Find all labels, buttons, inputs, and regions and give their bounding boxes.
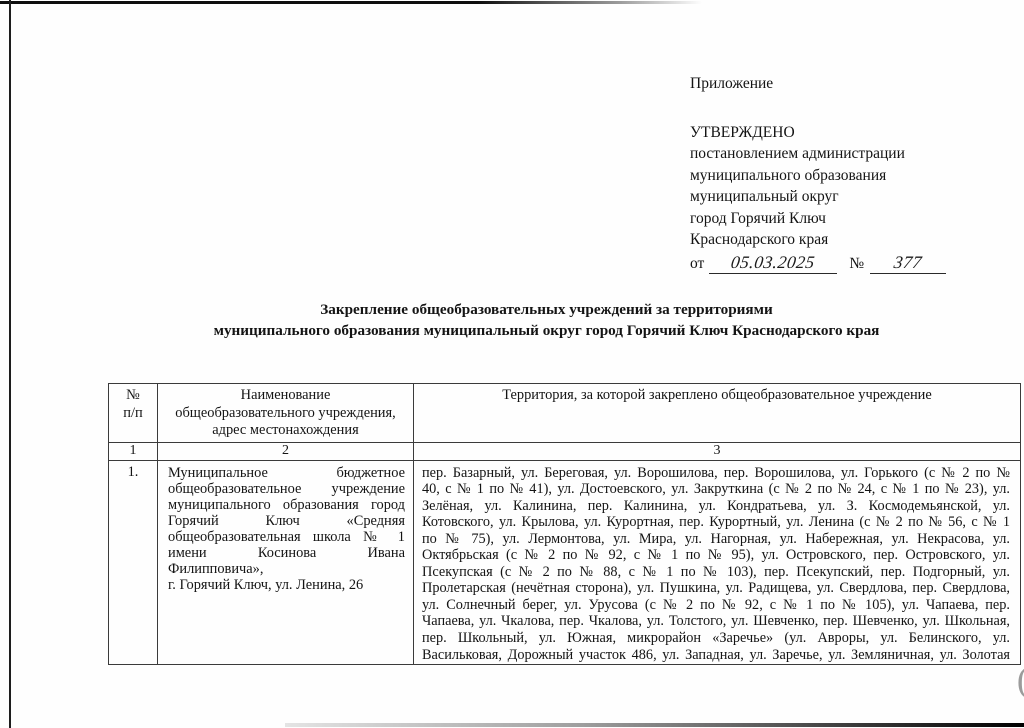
scan-edge-bottom-bar (285, 723, 1024, 727)
col-number-header: № п/п (109, 384, 158, 443)
column-number-2: 2 (158, 442, 414, 460)
approval-block: УТВЕРЖДЕНО постановлением администрации … (690, 122, 1000, 275)
institution-cell: Муниципальное бюджетное общеобразователь… (158, 460, 414, 664)
approval-by-line-1: постановлением администрации (690, 143, 1000, 164)
scanned-document-page: ( Приложение УТВЕРЖДЕНО постановлением а… (0, 0, 1024, 728)
appendix-label: Приложение (690, 75, 773, 93)
handwritten-date-field: 05.03.2025 (709, 253, 837, 274)
handwritten-number-field: 377 (870, 253, 946, 274)
row-number-cell: 1. (109, 460, 158, 664)
institution-cell-content: Муниципальное бюджетное общеобразователь… (159, 462, 412, 663)
scan-curl-mark: ( (1016, 662, 1024, 702)
column-numbering-row: 1 2 3 (109, 442, 1021, 460)
column-number-1: 1 (109, 442, 158, 460)
document-title-line-1: Закрепление общеобразовательных учрежден… (100, 299, 993, 320)
table-row: 1. Муниципальное бюджетное общеобразоват… (109, 460, 1021, 664)
approval-by-line-5: Краснодарского края (690, 229, 1000, 250)
approval-date-number-line: от05.03.2025№377 (690, 253, 1000, 274)
territory-text: пер. Базарный, ул. Береговая, ул. Вороши… (422, 465, 1010, 663)
approval-approved-label: УТВЕРЖДЕНО (690, 122, 1000, 143)
document-title-line-2: муниципального образования муниципальный… (100, 320, 993, 341)
col-institution-header: Наименование общеобразовательного учрежд… (158, 384, 414, 443)
approval-by-line-3: муниципальный округ (690, 186, 1000, 207)
table-header-row: № п/п Наименование общеобразовательного … (109, 384, 1021, 443)
document-title: Закрепление общеобразовательных учрежден… (100, 299, 993, 341)
date-prefix-label: от (690, 255, 704, 272)
number-sign-label: № (849, 255, 864, 272)
approval-by-line-4: город Горячий Ключ (690, 208, 1000, 229)
handwritten-number-value: 377 (893, 253, 923, 272)
handwritten-date-value: 05.03.2025 (730, 253, 816, 272)
approval-by-line-2: муниципального образования (690, 165, 1000, 186)
assignments-table: № п/п Наименование общеобразовательного … (108, 383, 1021, 665)
institution-address: г. Горячий Ключ, ул. Ленина, 26 (168, 577, 405, 593)
institution-name: Муниципальное бюджетное общеобразователь… (168, 465, 405, 578)
col-territory-header: Территория, за которой закреплено общеоб… (414, 384, 1021, 443)
column-number-3: 3 (414, 442, 1021, 460)
scan-edge-left-line (9, 0, 11, 728)
territory-cell: пер. Базарный, ул. Береговая, ул. Вороши… (414, 460, 1021, 664)
scan-edge-top-line (0, 1, 702, 4)
territory-cell-content: пер. Базарный, ул. Береговая, ул. Вороши… (415, 462, 1019, 663)
